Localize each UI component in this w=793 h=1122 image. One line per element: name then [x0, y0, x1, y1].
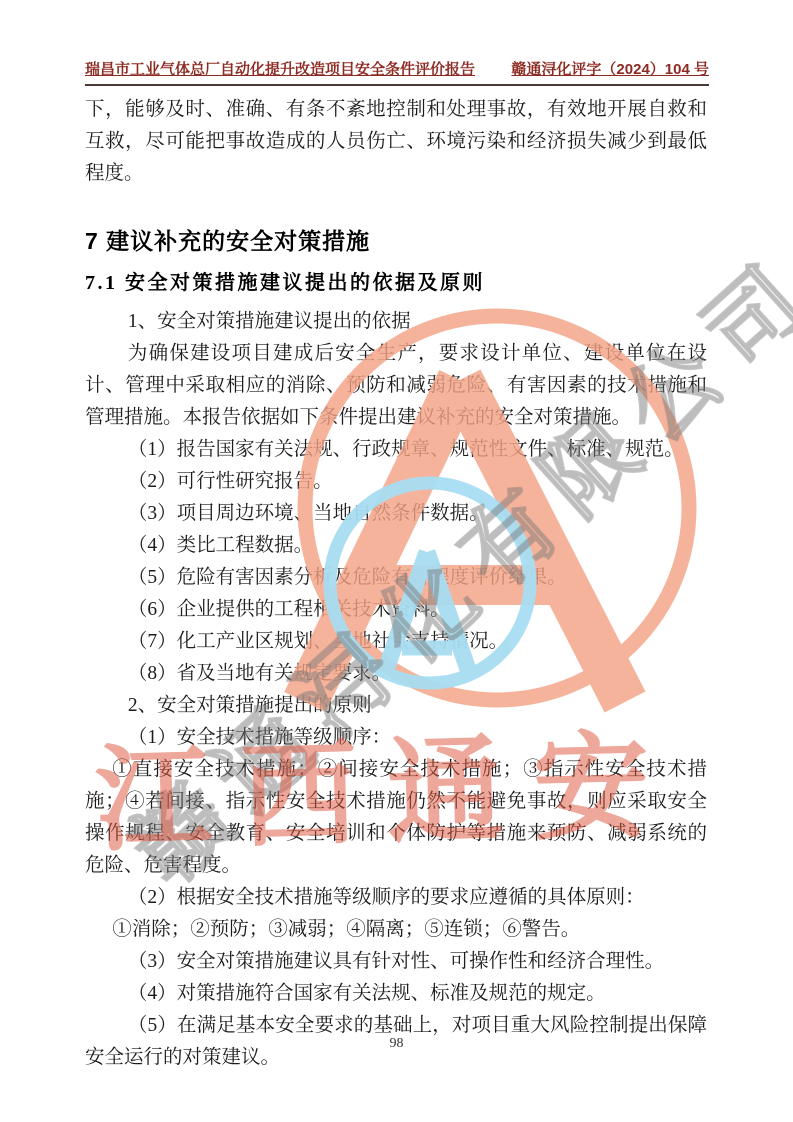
page-header: 瑞昌市工业气体总厂自动化提升改造项目安全条件评价报告 赣通浔化评字（2024）1…	[85, 58, 709, 79]
header-report-title: 瑞昌市工业气体总厂自动化提升改造项目安全条件评价报告	[85, 58, 475, 79]
section-heading-7: 7 建议补充的安全对策措施	[85, 226, 707, 256]
list-item: 2、安全对策措施提出的原则	[85, 690, 707, 722]
list-item: （6）企业提供的工程相关技术资料。	[85, 594, 707, 626]
list-item: （5）危险有害因素分析及危险有害程度评价结果。	[85, 562, 707, 594]
list-item: （4）对策措施符合国家有关法规、标准及规范的规定。	[85, 978, 707, 1010]
header-rule	[85, 84, 709, 86]
list-item: （4）类比工程数据。	[85, 530, 707, 562]
document-body: 下，能够及时、准确、有条不紊地控制和处理事故，有效地开展自救和互救，尽可能把事故…	[85, 94, 707, 1074]
list-item: （7）化工产业区规划、当地社会支持情况。	[85, 626, 707, 658]
paragraph: ①消除；②预防；③减弱；④隔离；⑤连锁；⑥警告。	[85, 914, 707, 946]
paragraph-continued: 下，能够及时、准确、有条不紊地控制和处理事故，有效地开展自救和互救，尽可能把事故…	[85, 94, 707, 190]
list-item: （3）安全对策措施建议具有针对性、可操作性和经济合理性。	[85, 946, 707, 978]
header-doc-number: 赣通浔化评字（2024）104 号	[511, 58, 709, 79]
page-number: 98	[0, 1036, 793, 1052]
list-item: （2）可行性研究报告。	[85, 466, 707, 498]
document-page: 瑞昌市工业气体总厂自动化提升改造项目安全条件评价报告 赣通浔化评字（2024）1…	[0, 0, 793, 1122]
list-item: （1）报告国家有关法规、行政规章、规范性文件、标准、规范。	[85, 434, 707, 466]
paragraph: ①直接安全技术措施；②间接安全技术措施；③指示性安全技术措施；④若间接、指示性安…	[85, 754, 707, 882]
list-item: （8）省及当地有关规定要求。	[85, 658, 707, 690]
list-item: （3）项目周边环境、当地自然条件数据。	[85, 498, 707, 530]
paragraph: 为确保建设项目建成后安全生产，要求设计单位、建设单位在设计、管理中采取相应的消除…	[85, 338, 707, 434]
list-item: （1）安全技术措施等级顺序：	[85, 722, 707, 754]
list-item: （2）根据安全技术措施等级顺序的要求应遵循的具体原则：	[85, 882, 707, 914]
list-item: 1、安全对策措施建议提出的依据	[85, 306, 707, 338]
section-heading-7-1: 7.1 安全对策措施建议提出的依据及原则	[85, 270, 707, 296]
